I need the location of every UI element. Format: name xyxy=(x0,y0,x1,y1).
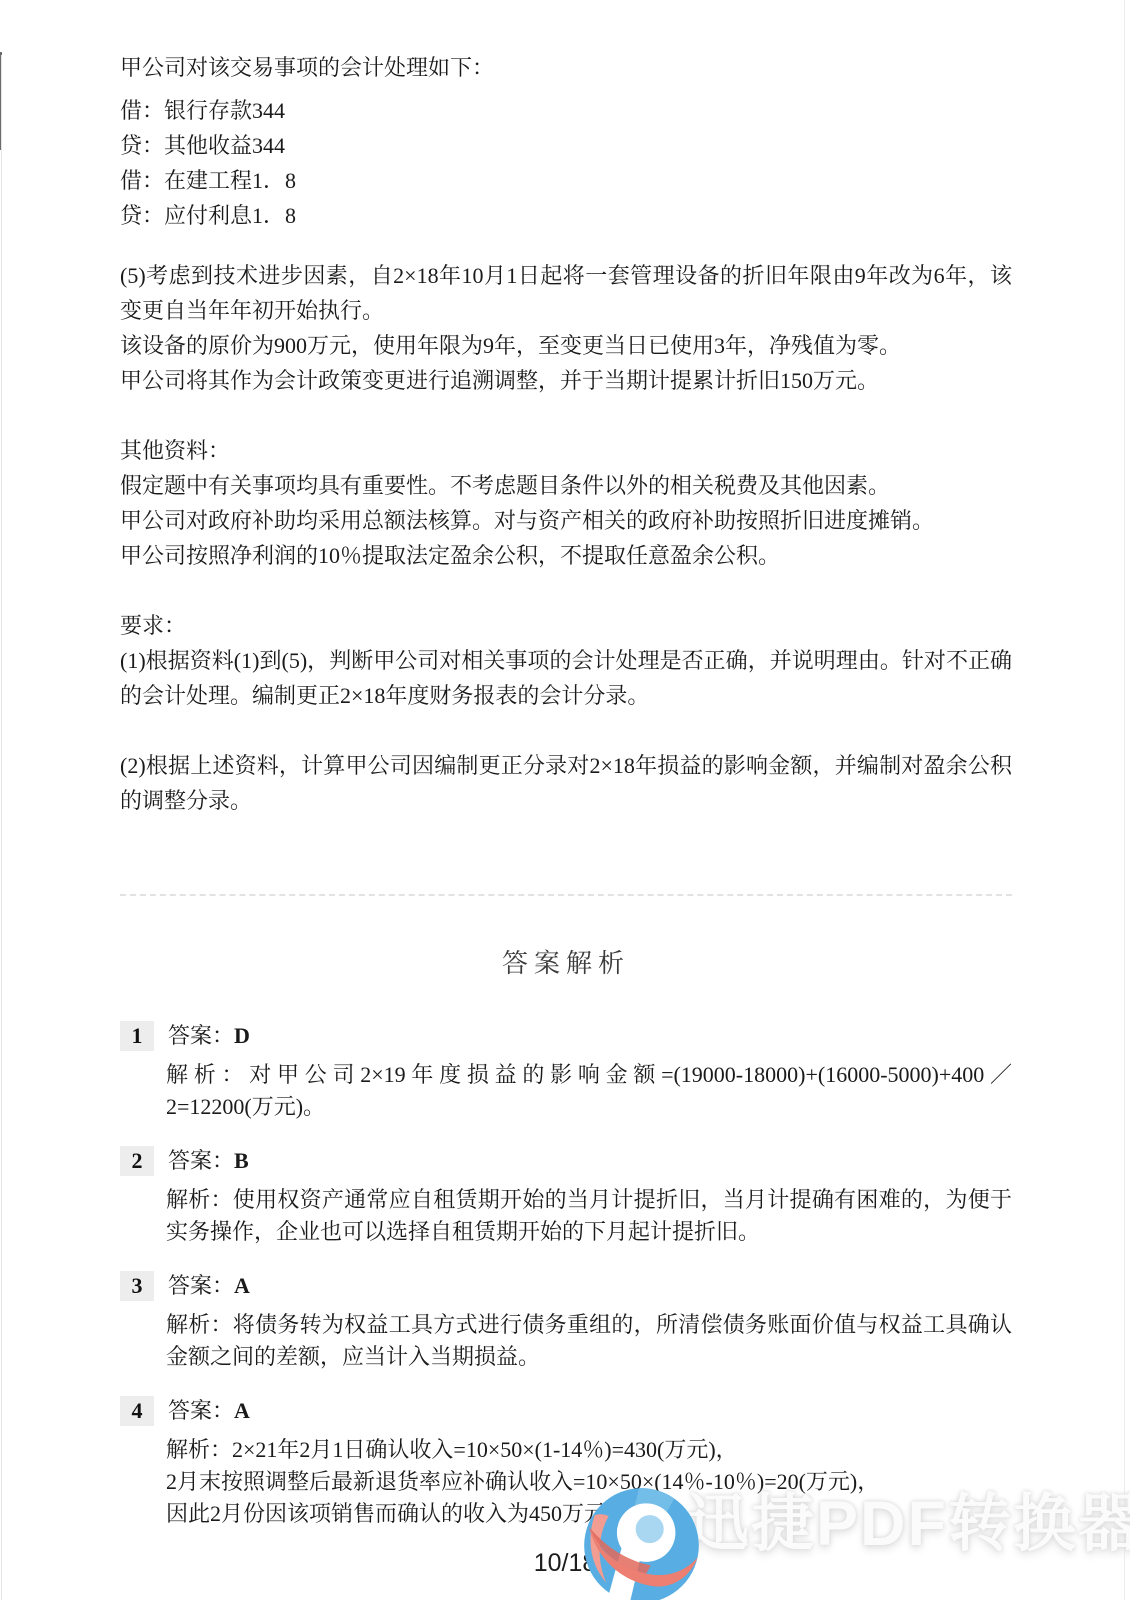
answer-item-2: 2 答案： B 解析：使用权资产通常应自租赁期开始的当月计提折旧，当月计提确有困… xyxy=(120,1143,1012,1248)
journal-entry-line: 贷：应付利息1．8 xyxy=(120,198,1012,233)
answer-label: 答案： xyxy=(168,1393,234,1428)
material-paragraph: 甲公司将其作为会计政策变更进行追溯调整，并于当期计提累计折旧150万元。 xyxy=(120,363,1012,398)
journal-entry-line: 借：银行存款344 xyxy=(120,93,1012,128)
document-content: 甲公司对该交易事项的会计处理如下： 借：银行存款344 贷：其他收益344 借：… xyxy=(120,50,1012,1550)
answers-section-title: 答案解析 xyxy=(120,946,1012,982)
answer-head: 4 答案： A xyxy=(120,1393,1012,1428)
answers-list: 1 答案： D 解析：对甲公司2×19年度损益的影响金额=(19000-1800… xyxy=(120,1018,1012,1530)
other-info-title: 其他资料： xyxy=(120,433,1012,468)
journal-entries: 借：银行存款344 贷：其他收益344 借：在建工程1．8 贷：应付利息1．8 xyxy=(120,93,1012,233)
requirements-title: 要求： xyxy=(120,608,1012,643)
page-edge-line xyxy=(1124,0,1125,1600)
answer-letter: B xyxy=(234,1143,249,1178)
question-intro: 甲公司对该交易事项的会计处理如下： xyxy=(120,50,1012,85)
other-info-line: 假定题中有关事项均具有重要性。不考虑题目条件以外的相关税费及其他因素。 xyxy=(120,468,1012,503)
page-edge-line xyxy=(1,55,2,1600)
pdf-document-page: 甲公司对该交易事项的会计处理如下： 借：银行存款344 贷：其他收益344 借：… xyxy=(0,0,1130,1600)
journal-entry-line: 贷：其他收益344 xyxy=(120,128,1012,163)
requirement-1: (1)根据资料(1)到(5)，判断甲公司对相关事项的会计处理是否正确，并说明理由… xyxy=(120,643,1012,713)
answer-letter: D xyxy=(234,1018,250,1053)
answer-label: 答案： xyxy=(168,1143,234,1178)
answer-number-badge: 4 xyxy=(120,1396,154,1426)
requirement-2: (2)根据上述资料，计算甲公司因编制更正分录对2×18年损益的影响金额，并编制对… xyxy=(120,748,1012,818)
answer-item-1: 1 答案： D 解析：对甲公司2×19年度损益的影响金额=(19000-1800… xyxy=(120,1018,1012,1123)
answer-head: 1 答案： D xyxy=(120,1018,1012,1053)
xunjie-pdf-converter-logo-icon xyxy=(583,1487,700,1600)
analysis-line: 解析：2×21年2月1日确认收入=10×50×(1-14％)=430(万元)， xyxy=(166,1434,1012,1466)
answer-label: 答案： xyxy=(168,1018,234,1053)
requirements: 要求： (1)根据资料(1)到(5)，判断甲公司对相关事项的会计处理是否正确，并… xyxy=(120,608,1012,818)
answer-analysis: 解析：使用权资产通常应自租赁期开始的当月计提折旧，当月计提确有困难的，为便于实务… xyxy=(166,1184,1012,1248)
watermark-text: 迅捷PDF转换器 xyxy=(686,1488,1130,1560)
other-info-line: 甲公司按照净利润的10％提取法定盈余公积，不提取任意盈余公积。 xyxy=(120,538,1012,573)
material-item-5: (5)考虑到技术进步因素，自2×18年10月1日起将一套管理设备的折旧年限由9年… xyxy=(120,258,1012,398)
answer-number-badge: 2 xyxy=(120,1146,154,1176)
answer-head: 3 答案： A xyxy=(120,1268,1012,1303)
answer-number-badge: 1 xyxy=(120,1021,154,1051)
material-paragraph: 该设备的原价为900万元，使用年限为9年，至变更当日已使用3年，净残值为零。 xyxy=(120,328,1012,363)
answer-head: 2 答案： B xyxy=(120,1143,1012,1178)
answer-label: 答案： xyxy=(168,1268,234,1303)
answer-analysis: 解析：将债务转为权益工具方式进行债务重组的，所清偿债务账面价值与权益工具确认金额… xyxy=(166,1309,1012,1373)
dashed-divider xyxy=(120,894,1012,896)
answer-number-badge: 3 xyxy=(120,1271,154,1301)
answer-letter: A xyxy=(234,1268,250,1303)
other-information: 其他资料： 假定题中有关事项均具有重要性。不考虑题目条件以外的相关税费及其他因素… xyxy=(120,433,1012,573)
answer-item-3: 3 答案： A 解析：将债务转为权益工具方式进行债务重组的，所清偿债务账面价值与… xyxy=(120,1268,1012,1373)
other-info-line: 甲公司对政府补助均采用总额法核算。对与资产相关的政府补助按照折旧进度摊销。 xyxy=(120,503,1012,538)
material-paragraph: (5)考虑到技术进步因素，自2×18年10月1日起将一套管理设备的折旧年限由9年… xyxy=(120,258,1012,328)
journal-entry-line: 借：在建工程1．8 xyxy=(120,163,1012,198)
answer-analysis: 解析：对甲公司2×19年度损益的影响金额=(19000-18000)+(1600… xyxy=(166,1059,1012,1123)
answer-letter: A xyxy=(234,1393,250,1428)
